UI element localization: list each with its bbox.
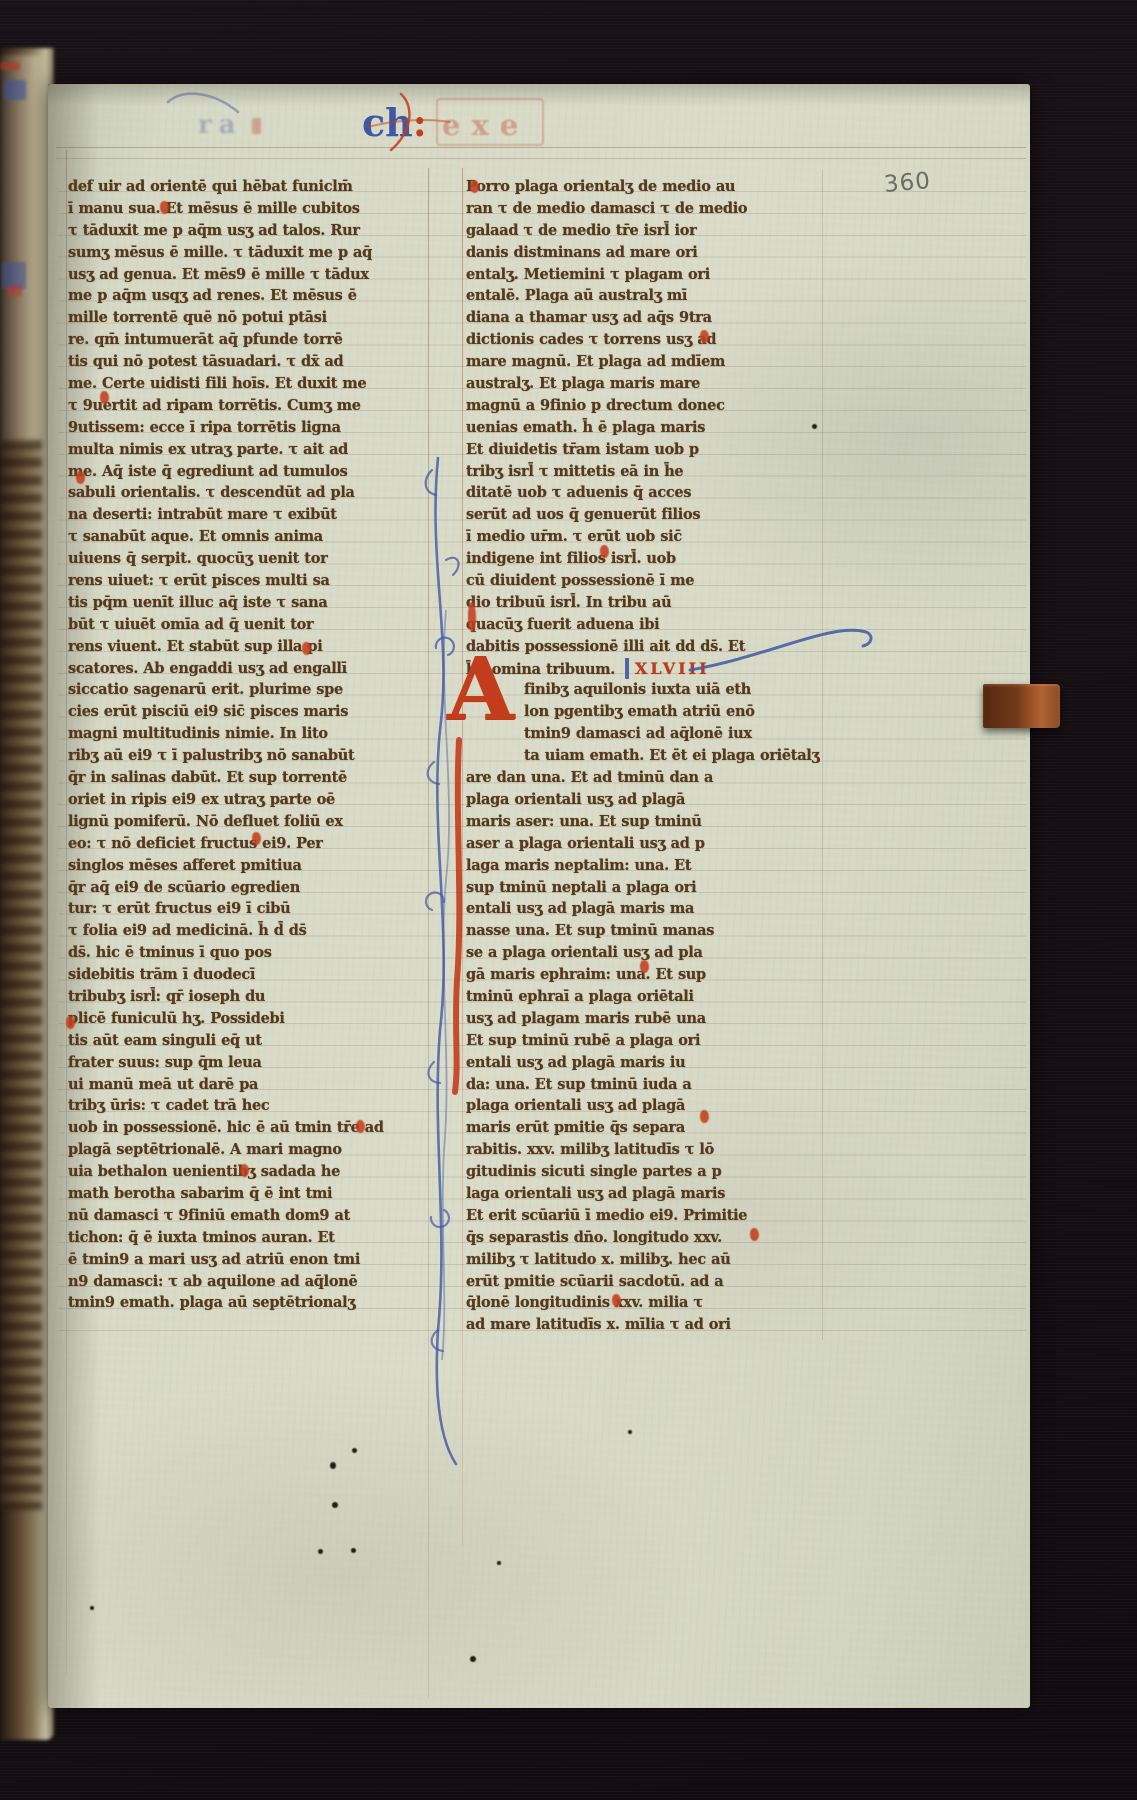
rubric-mark <box>66 1016 75 1029</box>
ink-speck <box>497 1561 501 1565</box>
illuminated-initial: A <box>447 648 514 732</box>
rubric-mark <box>700 330 709 343</box>
ink-speck <box>812 424 817 429</box>
rubric-mark <box>600 545 609 558</box>
ink-speck <box>352 1448 357 1453</box>
rubric-mark <box>76 471 85 484</box>
ink-speck <box>332 1502 338 1508</box>
rubric-mark <box>160 201 169 214</box>
rubric-mark <box>470 180 479 193</box>
rubric-mark <box>750 1228 759 1241</box>
rubric-mark <box>252 832 261 845</box>
bookmark-tab <box>983 684 1060 728</box>
rubric-mark <box>302 642 311 655</box>
rubric-mark <box>468 602 476 632</box>
rubric-mark <box>240 1164 249 1177</box>
ink-speck <box>330 1462 336 1469</box>
rubric-mark <box>356 1120 365 1133</box>
ink-speck <box>628 1430 632 1434</box>
ink-speck <box>351 1548 356 1553</box>
ink-speck <box>318 1549 323 1554</box>
pen-flourish-art <box>0 0 1137 1800</box>
rubric-mark <box>640 960 649 973</box>
manuscript-photo: ra ch: exe 360 def uir ad orientē qui hē… <box>0 0 1137 1800</box>
ink-speck <box>90 1606 94 1610</box>
rubric-mark <box>700 1110 709 1123</box>
rubric-mark <box>612 1294 621 1307</box>
ink-speck <box>470 1656 476 1662</box>
rubric-mark <box>100 391 109 404</box>
